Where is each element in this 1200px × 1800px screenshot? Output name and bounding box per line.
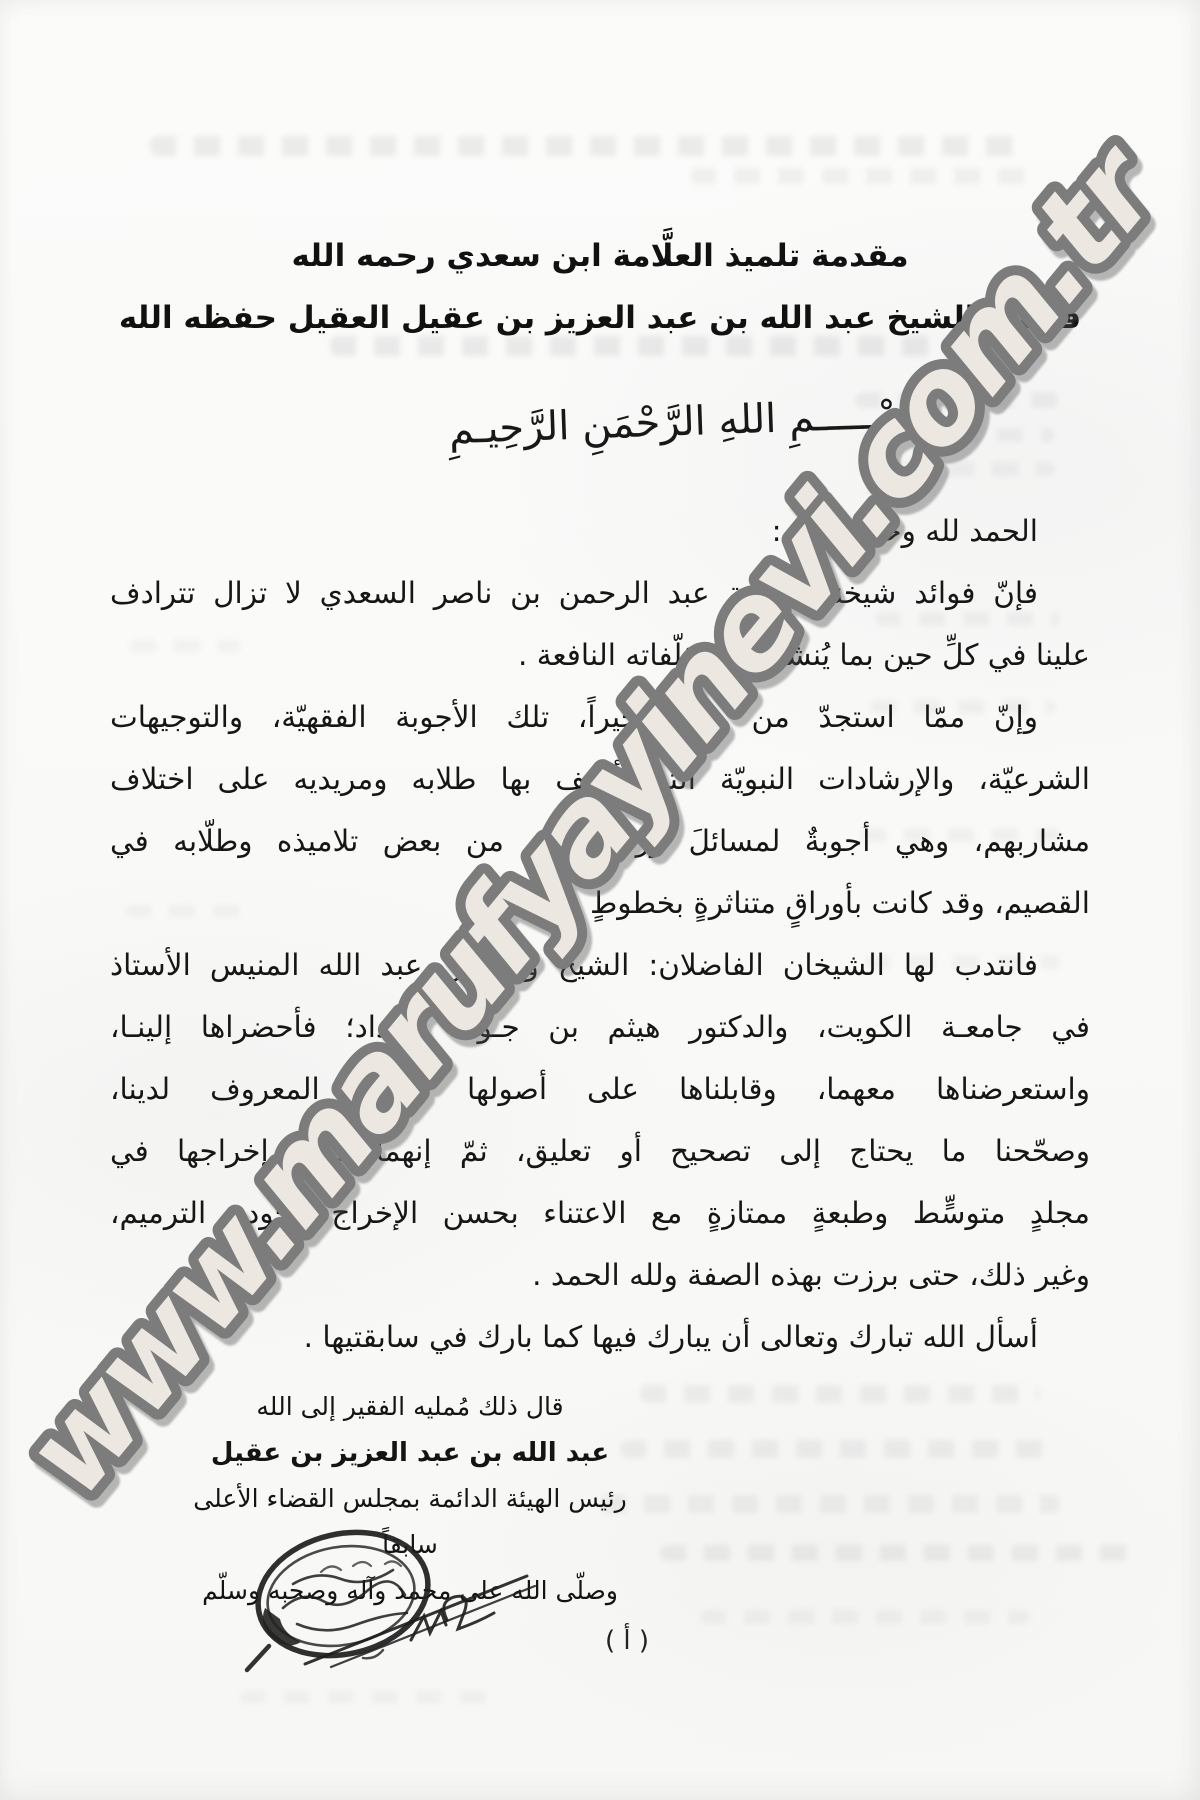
body-line: مشاربهم، وهي أجوبةٌ لمسائلَ وردت إليه من… xyxy=(110,810,1090,872)
body-line: في جامعـة الكويت، والدكتور هيثم بن جـواد… xyxy=(110,996,1090,1058)
body-line: فانتدب لها الشيخان الفاضلان: الشيخ وليد … xyxy=(110,934,1090,996)
body-line: وصحّحنا ما يحتاج إلى تصحيح أو تعليق، ثمّ… xyxy=(110,1120,1090,1182)
bleedthrough-mark xyxy=(620,1440,1050,1458)
bleedthrough-mark xyxy=(330,336,990,356)
bleedthrough-mark xyxy=(600,1495,1060,1513)
signature-line-dictated: قال ذلك مُمليه الفقير إلى الله xyxy=(190,1384,630,1430)
body-line: مجلدٍ متوسٍّط وطبعةٍ ممتازةٍ مع الاعتناء… xyxy=(110,1182,1090,1244)
bleedthrough-mark xyxy=(150,136,1020,156)
body-line: الحمد لله وحده وبعد : xyxy=(110,500,1090,562)
page-number: ( أ ) xyxy=(27,1626,1200,1656)
body-line: القصيم، وقد كانت بأوراقٍ متناثرةٍ بخطوطٍ… xyxy=(110,872,1090,934)
body-line: وغير ذلك، حتى برزت بهذه الصفة ولله الحمد… xyxy=(110,1244,1090,1306)
bleedthrough-mark xyxy=(240,1690,500,1704)
bleedthrough-mark xyxy=(660,1545,1140,1561)
ink-stamp-icon xyxy=(235,1512,555,1682)
signature-author-name: عبد الله بن عبد العزيز بن عقيل xyxy=(190,1430,630,1476)
scanned-book-page: مقدمة تلميذ العلَّامة ابن سعدي رحمه الله… xyxy=(0,0,1200,1800)
body-text: الحمد لله وحده وبعد : فإنّ فوائد شيخنا ا… xyxy=(110,500,1090,1368)
body-line: وإنّ ممّا استجدّ من ذلك أخيراً، تلك الأج… xyxy=(110,686,1090,748)
bleedthrough-mark xyxy=(690,168,1040,184)
bleedthrough-mark xyxy=(640,1385,1040,1403)
body-line: علينا في كلِّ حين بما يُنشر من مؤلّفاته … xyxy=(110,624,1090,686)
body-line: واستعرضناها معهما، وقابلناها على أصولها … xyxy=(110,1058,1090,1120)
bleedthrough-mark xyxy=(860,462,1055,476)
bleedthrough-mark xyxy=(700,1610,1030,1624)
body-line: فإنّ فوائد شيخنا العلّامة عبد الرحمن بن … xyxy=(110,562,1090,624)
chapter-heading: مقدمة تلميذ العلَّامة ابن سعدي رحمه الله xyxy=(0,238,1200,274)
author-heading: فضيلة الشيخ عبد الله بن عبد العزيز بن عق… xyxy=(0,300,1200,336)
body-line: أسأل الله تبارك وتعالى أن يبارك فيها كما… xyxy=(110,1306,1090,1368)
basmala-calligraphy: بِسْـــــمِ اللهِ الرَّحْمَنِ الرَّحِيـم… xyxy=(0,381,1200,469)
body-line: الشرعيّة، والإرشادات النبويّة التي أتحف … xyxy=(110,748,1090,810)
